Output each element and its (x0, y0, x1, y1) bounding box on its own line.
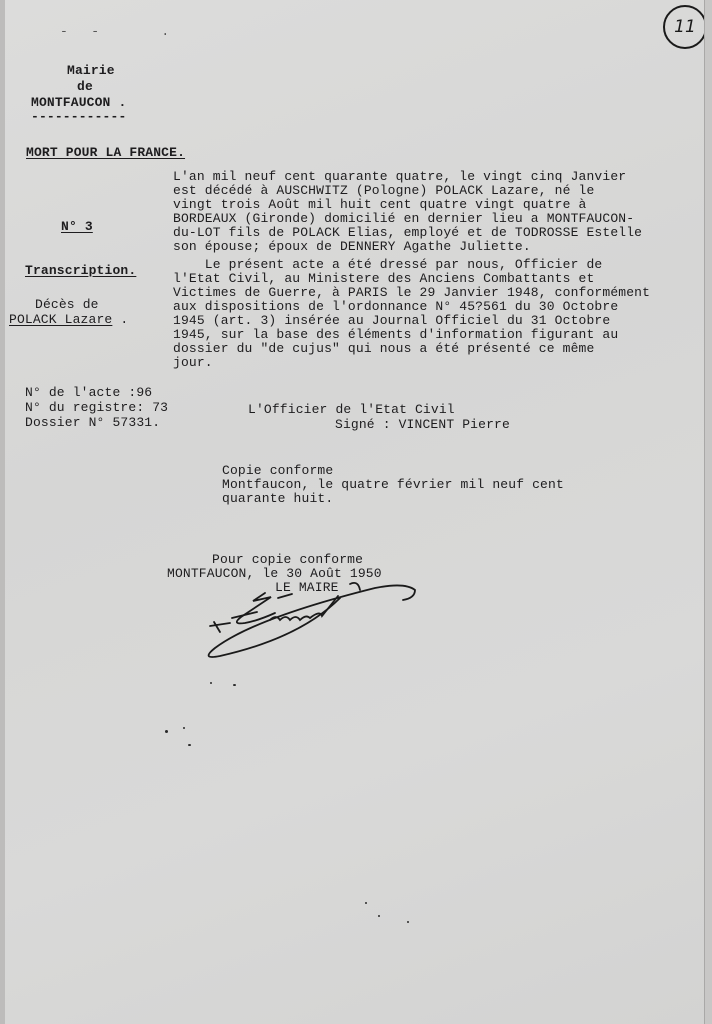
body-line: dossier du "de cujus" qui nous a été pré… (173, 342, 594, 357)
stray-marks: - - . (60, 24, 169, 39)
act-number: N° 3 (61, 220, 93, 235)
signature-icon (190, 578, 430, 668)
body-line: son épouse; époux de DENNERY Agathe Juli… (173, 240, 531, 255)
dossier-number: Dossier N° 57331. (25, 416, 160, 431)
scan-edge-right (704, 0, 712, 1024)
deces-de-label: Décès de (35, 298, 99, 313)
document-page: - - . 11 Mairie de MONTFAUCON . --------… (5, 0, 705, 1024)
deceased-name: POLACK Lazare (9, 312, 112, 327)
copy1-line3: quarante huit. (222, 492, 333, 507)
page-number-circle: 11 (663, 5, 707, 49)
body-line: jour. (173, 356, 213, 371)
page-number: 11 (674, 17, 696, 37)
officer-title: L'Officier de l'Etat Civil (248, 403, 455, 418)
document-title: MORT POUR LA FRANCE. (26, 146, 185, 161)
registre-number: N° du registre: 73 (25, 401, 168, 416)
header-rule: ------------ (31, 110, 126, 125)
officer-signed: Signé : VINCENT Pierre (335, 418, 510, 433)
deceased-name-line: POLACK Lazare . (9, 313, 128, 328)
acte-number: N° de l'acte :96 (25, 386, 152, 401)
header-de: de (77, 80, 93, 95)
deceased-suffix: . (120, 312, 128, 327)
header-mairie: Mairie (67, 64, 115, 79)
transcription-label: Transcription. (25, 264, 136, 279)
